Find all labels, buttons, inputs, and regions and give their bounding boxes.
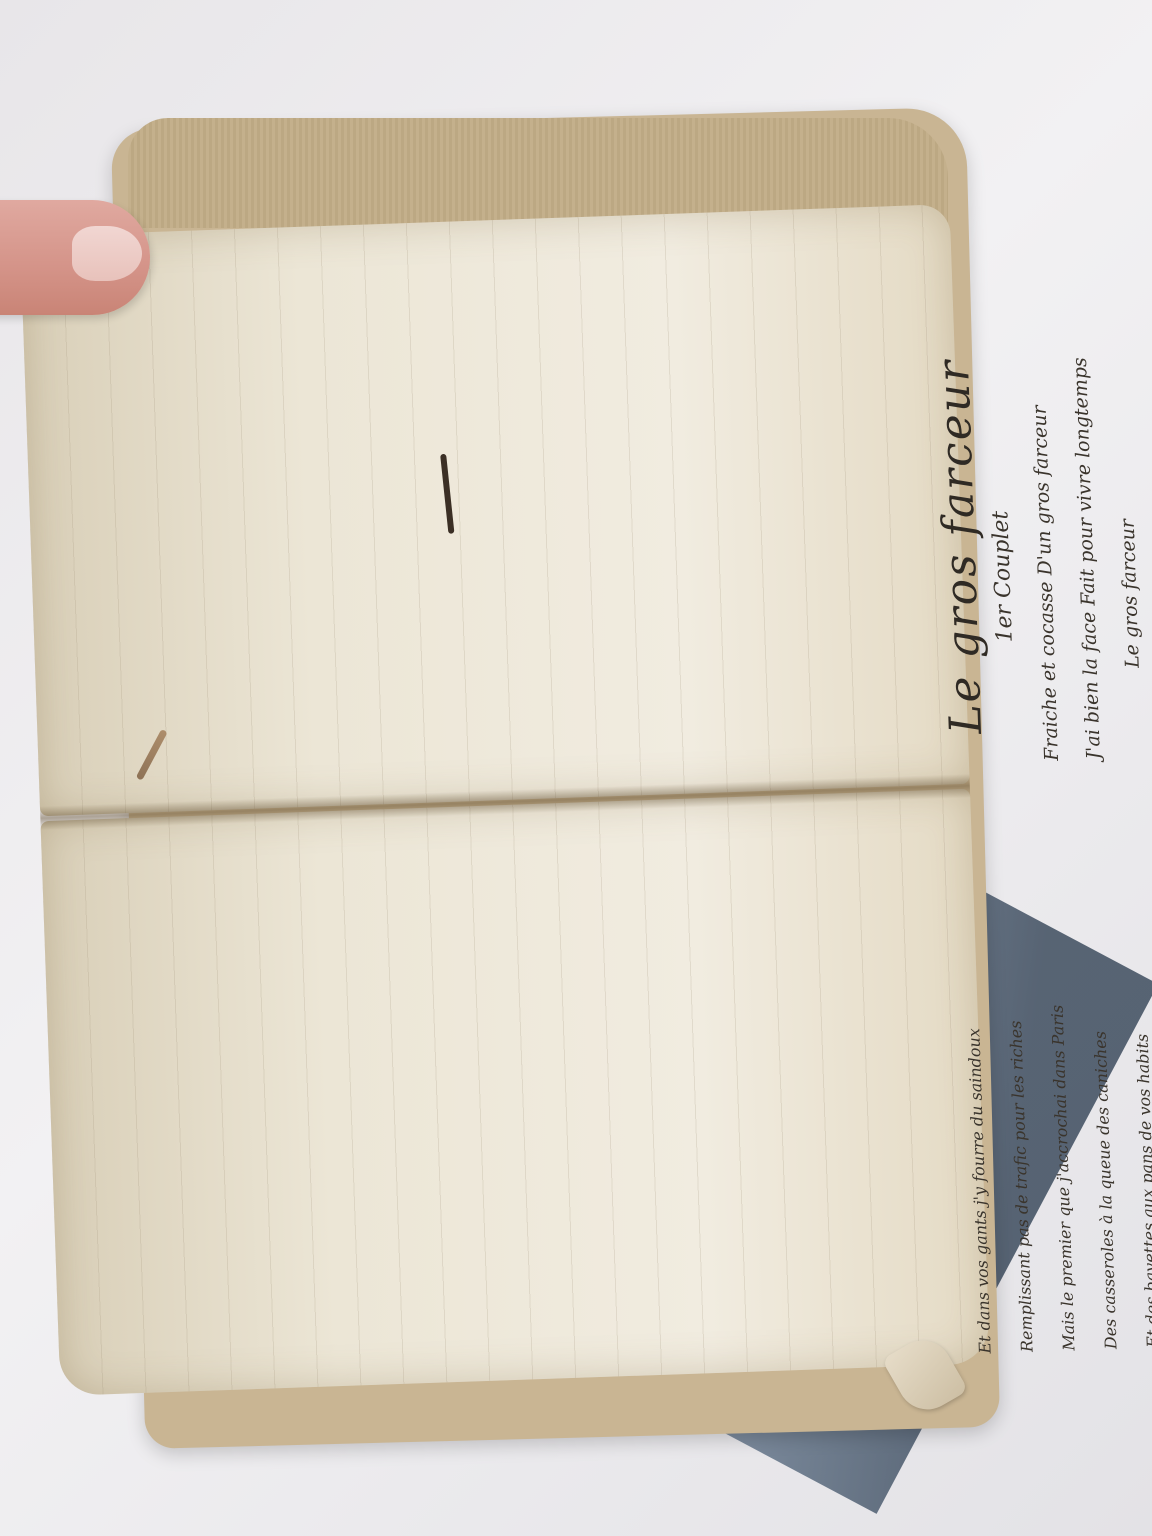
page-ruling bbox=[20, 204, 970, 816]
thumbnail bbox=[72, 226, 142, 281]
right-page-writing: Et dans vos gants j'y fourre du saindoux… bbox=[945, 759, 1152, 1354]
right-page bbox=[40, 789, 990, 1396]
left-page-writing: Le gros farceur 1er Couplet Fraiche et c… bbox=[925, 193, 1152, 765]
thumb-holding-page bbox=[0, 200, 150, 315]
page-ruling bbox=[40, 789, 990, 1396]
open-notebook: Le gros farceur 1er Couplet Fraiche et c… bbox=[20, 204, 990, 1396]
left-page bbox=[20, 204, 970, 816]
